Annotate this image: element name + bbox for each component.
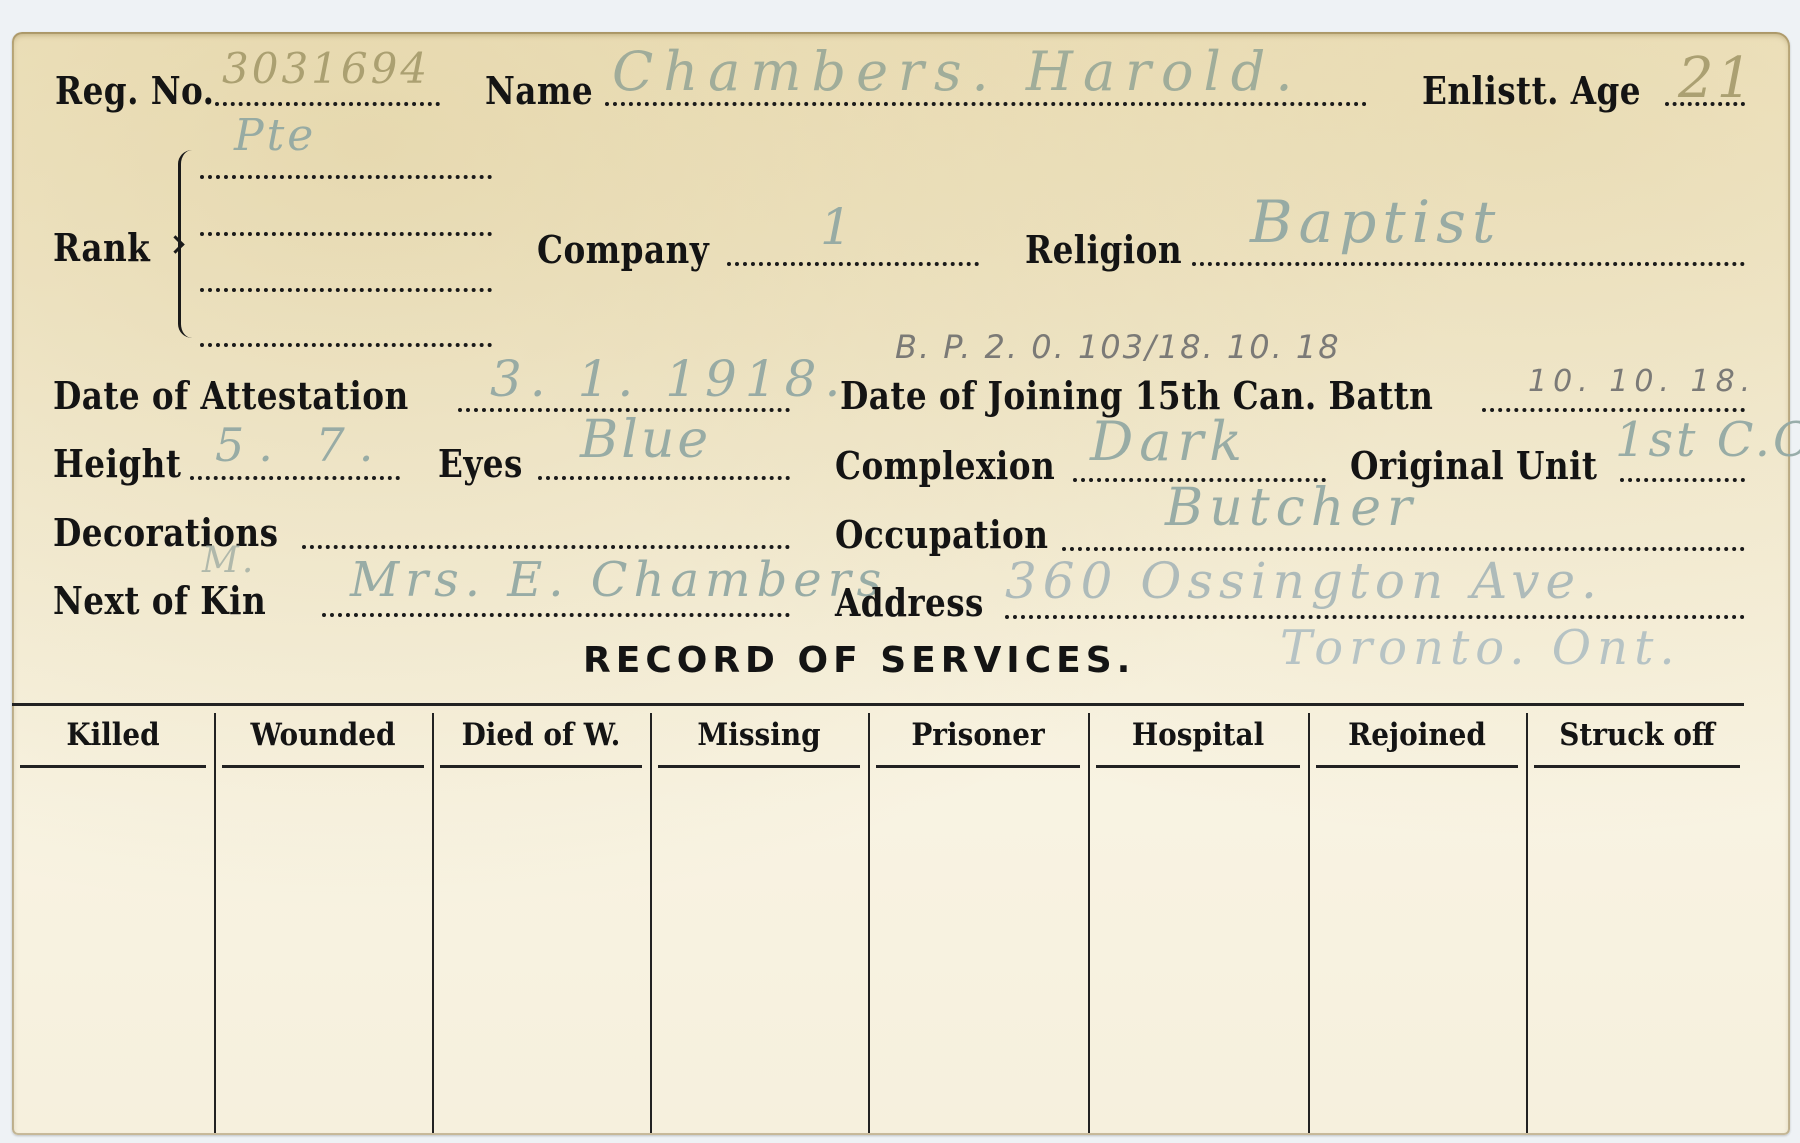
column-header-wounded: Wounded xyxy=(225,717,421,753)
header-underline xyxy=(222,765,424,768)
occupation-label: Occupation xyxy=(835,512,1048,557)
rank-dotted-line-4 xyxy=(200,343,492,347)
annotation-bp: B. P. 2. 0. 103/18. 10. 18 xyxy=(895,328,1341,366)
next-of-kin-label: Next of Kin xyxy=(53,578,266,623)
complexion-label: Complexion xyxy=(835,443,1055,488)
column-hospital: Hospital xyxy=(1088,703,1308,1133)
company-dotted-line xyxy=(727,262,979,266)
height-dotted-line xyxy=(190,476,400,480)
header-underline xyxy=(658,765,860,768)
company-label: Company xyxy=(537,227,709,272)
column-struck-off: Struck off xyxy=(1526,703,1748,1133)
occupation-value: Butcher xyxy=(1165,478,1418,538)
column-divider xyxy=(1526,713,1528,1133)
record-of-services-heading: RECORD OF SERVICES. xyxy=(583,640,1135,681)
column-header-hospital: Hospital xyxy=(1099,717,1297,753)
header-underline xyxy=(20,765,206,768)
height-value: 5. 7. xyxy=(215,418,387,472)
rank-dotted-line-3 xyxy=(200,288,492,292)
column-divider xyxy=(1308,713,1310,1133)
rank-dotted-line-2 xyxy=(200,232,492,236)
address-dotted-line xyxy=(1005,615,1745,619)
address-line-1: 360 Ossington Ave. xyxy=(1005,552,1603,610)
reg-no-label: Reg. No. xyxy=(55,68,214,113)
original-unit-value: 1st C.O.R. xyxy=(1615,412,1800,468)
enlist-age-value: 21 xyxy=(1678,46,1755,111)
column-header-died-of-wounds: Died of W. xyxy=(443,717,639,753)
next-of-kin-value: Mrs. E. Chambers xyxy=(350,552,887,608)
date-of-joining-value: 10. 10. 18. xyxy=(1528,364,1756,399)
header-underline xyxy=(1316,765,1518,768)
column-header-struck-off: Struck off xyxy=(1537,717,1737,753)
religion-dotted-line xyxy=(1192,262,1745,266)
eyes-dotted-line xyxy=(538,476,790,480)
column-died-of-wounds: Died of W. xyxy=(432,703,650,1133)
address-line-2: Toronto. Ont. xyxy=(1280,620,1681,676)
reg-no-value: 3031694 xyxy=(222,44,430,93)
column-divider xyxy=(650,713,652,1133)
next-of-kin-dotted-line xyxy=(322,613,790,617)
date-of-attestation-label: Date of Attestation xyxy=(53,373,409,418)
name-label: Name xyxy=(485,68,593,113)
next-of-kin-correction: M. xyxy=(202,540,256,581)
column-header-prisoner: Prisoner xyxy=(879,717,1077,753)
eyes-label: Eyes xyxy=(438,441,523,486)
column-header-rejoined: Rejoined xyxy=(1319,717,1515,753)
height-label: Height xyxy=(53,441,181,486)
company-value: 1 xyxy=(820,198,855,256)
header-underline xyxy=(876,765,1080,768)
enlist-age-label: Enlistt. Age xyxy=(1422,68,1641,113)
rank-brace xyxy=(178,150,195,338)
religion-label: Religion xyxy=(1025,227,1182,272)
column-header-killed: Killed xyxy=(22,717,204,753)
column-rejoined: Rejoined xyxy=(1308,703,1526,1133)
eyes-value: Blue xyxy=(580,410,711,470)
column-divider xyxy=(432,713,434,1133)
column-missing: Missing xyxy=(650,703,868,1133)
reg-no-dotted-line xyxy=(215,102,440,106)
column-divider xyxy=(1088,713,1090,1133)
header-underline xyxy=(1534,765,1740,768)
column-wounded: Wounded xyxy=(214,703,432,1133)
original-unit-dotted-line xyxy=(1620,478,1745,482)
occupation-dotted-line xyxy=(1062,547,1745,551)
religion-value: Baptist xyxy=(1250,188,1501,256)
rank-label: Rank xyxy=(53,225,150,270)
rank-dotted-line-1 xyxy=(200,175,492,179)
column-killed: Killed xyxy=(12,703,214,1133)
name-value: Chambers. Harold. xyxy=(612,40,1303,103)
column-divider xyxy=(214,713,216,1133)
date-of-attestation-value: 3. 1. 1918. xyxy=(490,350,848,408)
column-divider xyxy=(868,713,870,1133)
column-prisoner: Prisoner xyxy=(868,703,1088,1133)
complexion-value: Dark xyxy=(1090,410,1248,473)
column-header-missing: Missing xyxy=(661,717,857,753)
address-label: Address xyxy=(835,580,984,625)
rank-value-1: Pte xyxy=(234,110,316,161)
header-underline xyxy=(1096,765,1300,768)
header-underline xyxy=(440,765,642,768)
decorations-dotted-line xyxy=(302,545,790,549)
